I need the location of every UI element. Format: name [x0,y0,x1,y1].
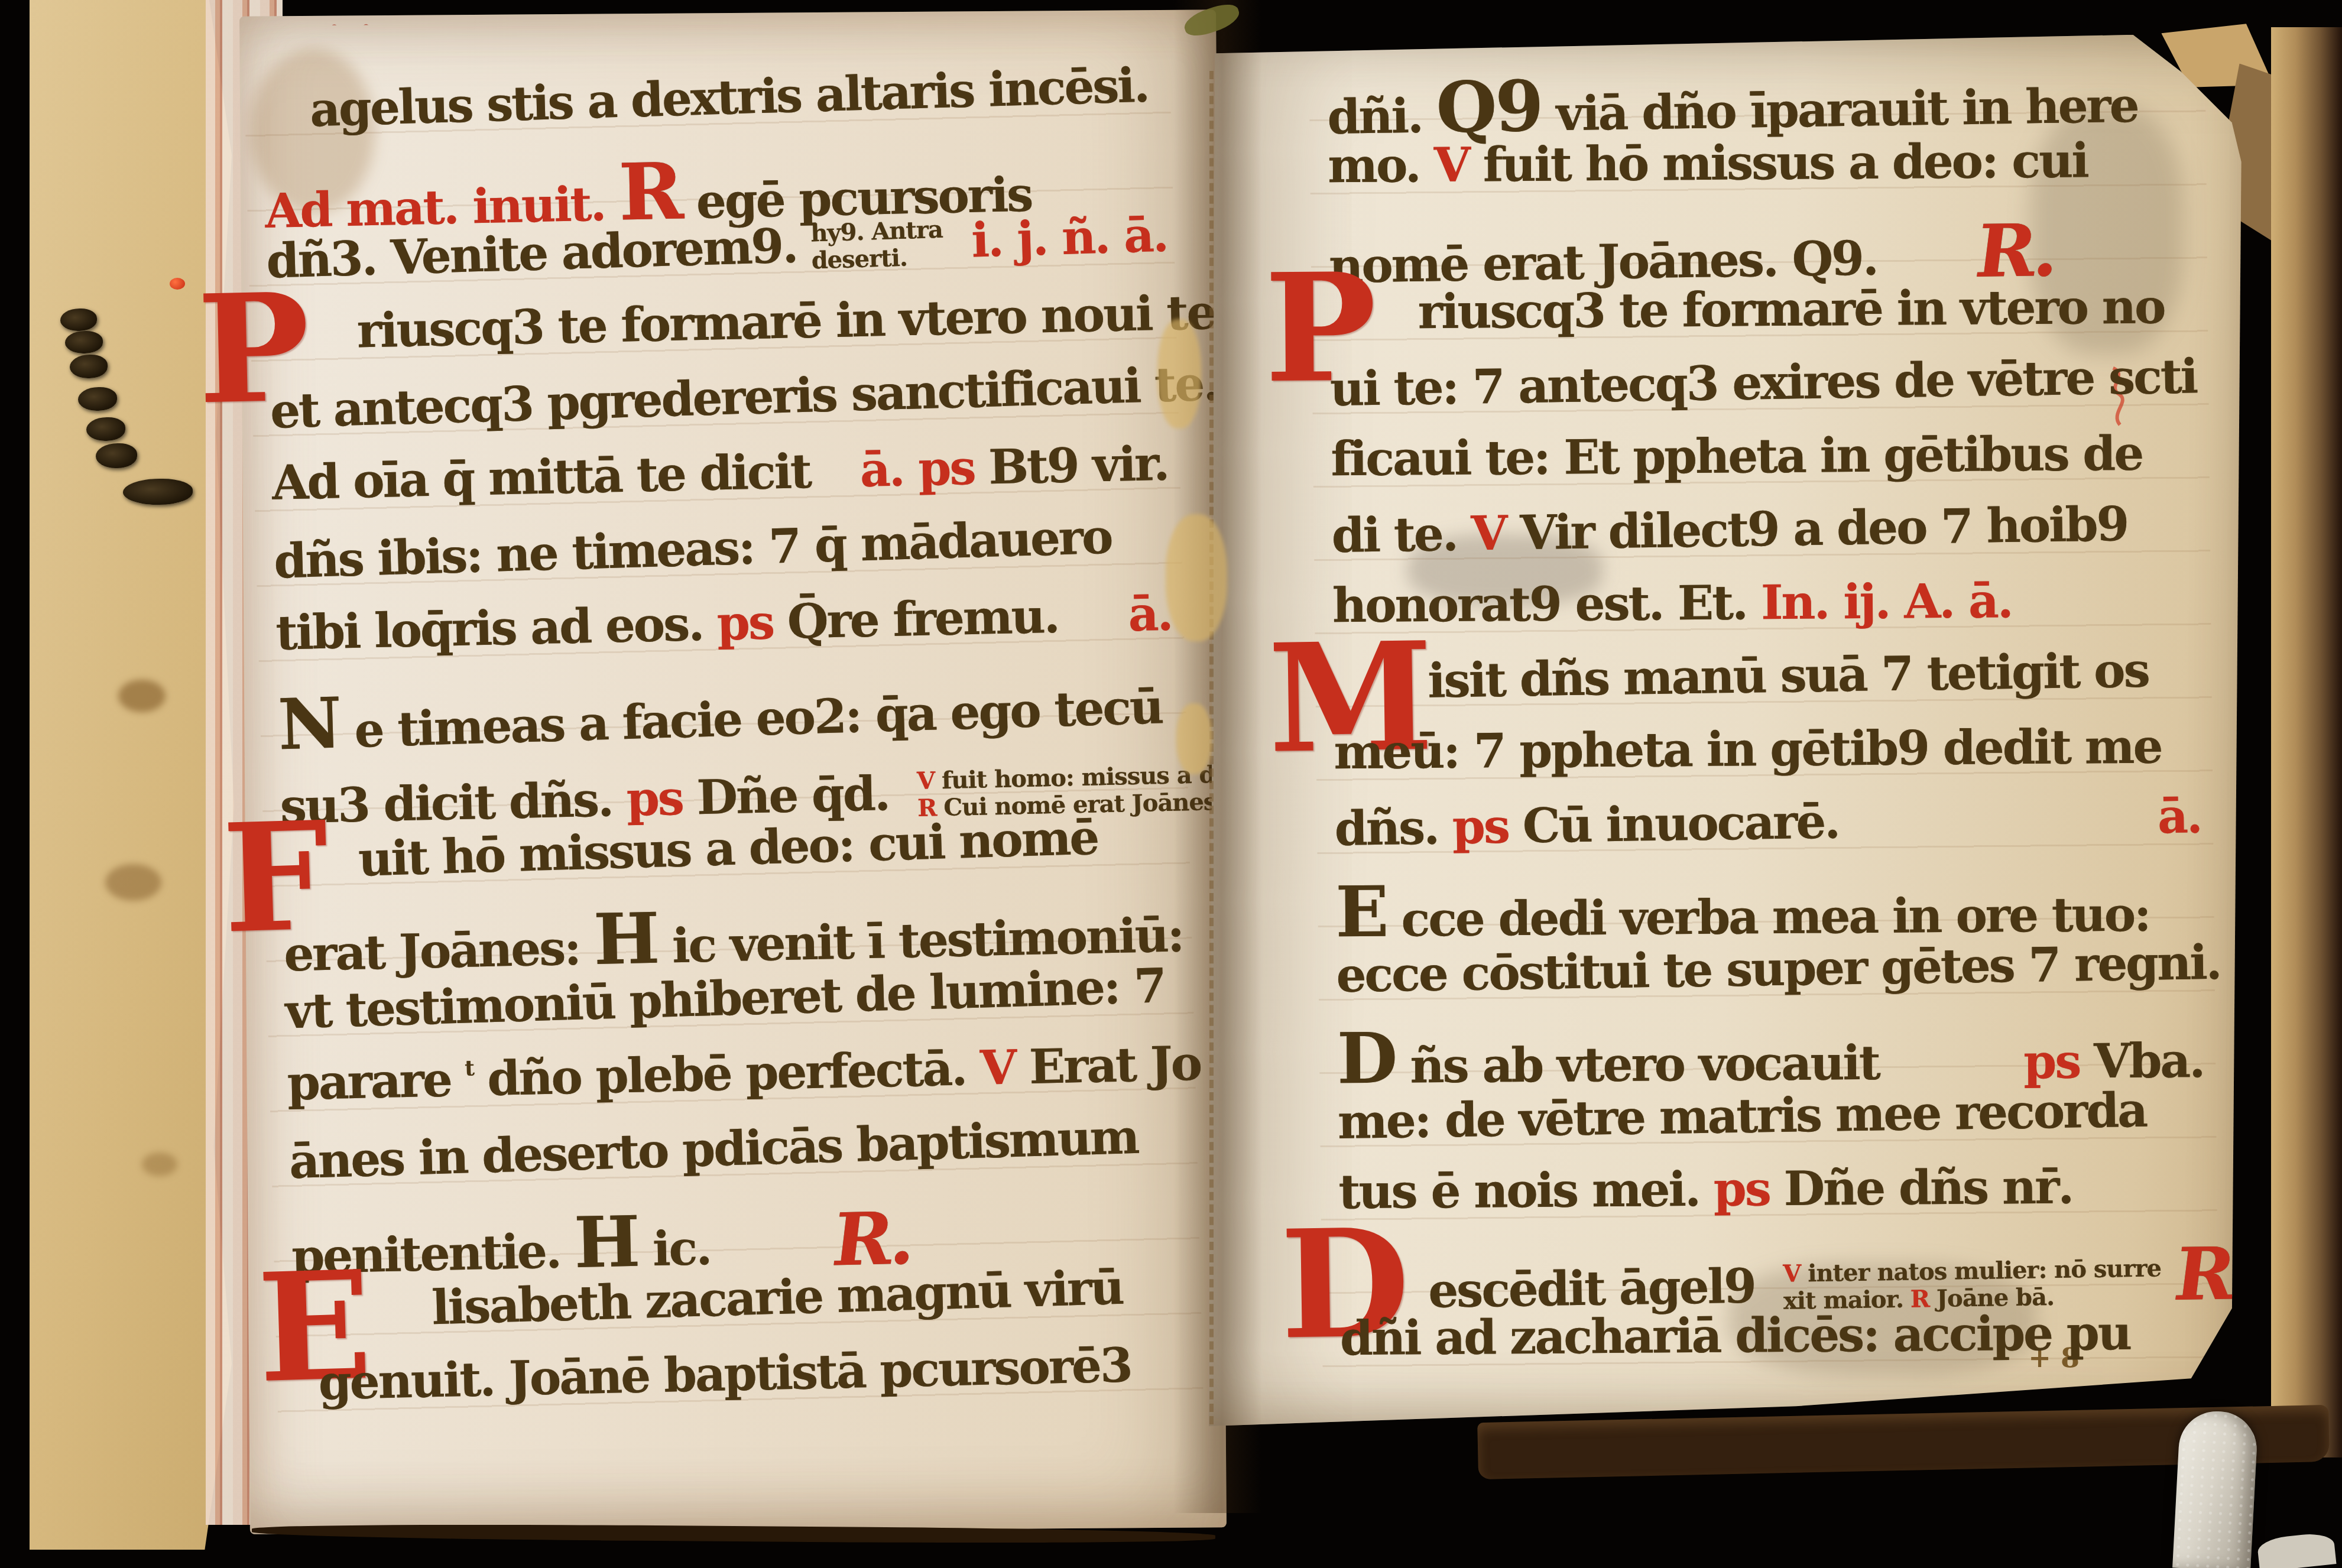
ink-text: tibi loq̄ris ad eos. [275,596,703,661]
rubric-text: V [1433,137,1469,193]
text-line: me: de vētre matris mee recorda [1337,1081,2205,1167]
glue-stain [1166,514,1227,641]
text-line: ui te: 7 antecq3 exires de vētre scti [1329,348,2197,434]
leather-tab[interactable] [60,309,97,331]
rubric-text: In. ij. A. ā. [1761,573,2012,630]
ink-text: fuit hō missus a deo: cui [1483,132,2087,192]
leather-tab[interactable] [96,443,137,468]
ink-text: ui te: 7 antecq3 exires de vētre scti [1329,348,2197,417]
ink-text: mo. [1328,137,1420,193]
ink-text: di te. [1331,506,1457,563]
left-text-column: agelus stis a dextris altaris incēsi.Ad … [262,59,1192,1432]
text-line: honorat9 est. Et.In. ij. A. ā. [1332,572,2200,651]
inline-capital: D [1337,1017,1396,1100]
ink-text: ñs ab vtero vocauit [1410,1035,1879,1094]
text-line: mo.Vfuit hō missus a deo: cui [1328,132,2195,211]
spacer [1892,273,1963,274]
ink-text: Cū inuocarē. [1522,793,1840,853]
superscript-letter: t [465,1056,473,1081]
spacer [1893,1078,2010,1079]
leather-tab[interactable] [123,479,193,505]
ink-text: riuscq3 te formarē in vtero no [1418,278,2165,339]
right-page[interactable]: 3 + 8 dñi.Q9viā dño īparauit in heremo.V… [1209,31,2282,1442]
spacer [725,1262,820,1264]
left-page[interactable]: ·.· agelus stis a dextris altaris incēsi… [239,9,1227,1534]
text-line: meū: 7 ppheta in gētib9 dedit me [1334,718,2201,797]
inline-capital: H [573,1200,640,1284]
ink-text: Bt9 vir. [988,436,1169,495]
ink-text: me: de vētre matris mee recorda [1337,1082,2146,1150]
ink-text: Vba. [2094,1033,2204,1089]
rubric-text: ps [716,594,774,651]
rubric-text: V [1783,1260,1801,1287]
right-page-edge-stack [2271,27,2342,1457]
rubric-text: ps [2023,1033,2080,1089]
ink-text: dño plebē perfectā. [486,1040,966,1106]
text-line: dñi.Q9viā dño īparauit in here [1326,55,2194,141]
spacer [1853,833,2143,837]
glue-stain [1176,703,1212,774]
rubric-text: i. j. ñ. ā. [971,207,1168,268]
ink-text: parare [287,1051,452,1111]
ink-text: viā dño īparauit in here [1556,77,2138,142]
ink-text: hy9. Antra [810,216,943,248]
parchment-stain [118,680,166,712]
inline-capital: N [277,681,342,765]
ink-text: agelus stis a dextris altaris incēsi. [309,57,1149,137]
ink-text: isit dñs manū suā 7 tetigit os [1428,642,2149,709]
ink-text: Vir dilect9 a deo 7 hoib9 [1520,496,2128,560]
text-line: tus ē nois mei.psDñe dñs nr̄. [1338,1158,2205,1237]
manuscript-photo: ·.· agelus stis a dextris altaris incēsi… [0,0,2342,1568]
interlinear-row: deserti. [811,244,944,275]
parchment-stain [142,1153,177,1176]
text-line: Misit dñs manū suā 7 tetigit os [1333,641,2201,728]
text-line: di te.VVir dilect9 a deo 7 hoib9 [1331,495,2199,581]
cropped-top-text: ·.· [328,7,505,25]
ink-text: Ad oīa q̄ mittā te dicit [271,443,811,511]
text-line: Ecce dedi verba mea in ore tuo: [1335,865,2202,944]
ink-text: erat Joānes: [283,920,580,982]
text-line: nomē erat Joānes. Q9.R. [1328,202,2196,288]
text-line: dñs.psCū inuocarē.ā. [1334,788,2202,874]
text-line: ecce cōstitui te super gētes 7 regni. [1336,934,2204,1021]
rubric-text: ā. [2157,788,2201,844]
ink-text: dñi ad zachariā dicēs: accipe pu [1340,1305,2131,1366]
bookmark-ribbon[interactable] [2172,1410,2259,1568]
text-line: Priuscq3 te formarē in vtero no [1329,278,2197,358]
text-line: Descēdit āgel9Vinter natos mulier: nō su… [1339,1228,2207,1314]
ink-text: deserti. [811,245,907,275]
leather-tab[interactable] [86,417,125,441]
right-text-column: dñi.Q9viā dño īparauit in heremo.Vfuit h… [1326,57,2207,1385]
text-line: dñi ad zachariā dicēs: accipe pu [1340,1304,2207,1384]
inline-capital: H [593,897,659,981]
ink-text: meū: 7 ppheta in gētib9 dedit me [1334,719,2161,780]
spacer [825,487,846,488]
ink-text: ficaui te: Et ppheta in gētibus de [1331,426,2142,487]
ink-text: dñi. [1327,88,1423,145]
interlinear-row: hy9. Antra [810,216,943,248]
glue-stain [1157,319,1201,428]
inline-capital: E [1335,871,1387,953]
red-wax-spot [170,278,185,290]
text-line: Dñs ab vtero vocauitpsVba. [1337,1011,2204,1090]
leather-tab[interactable] [78,387,117,411]
rubric-text: ps [1713,1161,1770,1217]
rubric-text: ps [626,770,683,827]
leather-tab[interactable] [70,355,108,378]
spacer [1073,631,1114,632]
rubric-text: V [979,1040,1016,1096]
bookmark-ribbon-fold[interactable] [2256,1531,2336,1568]
ink-text: ic. [652,1220,711,1277]
ink-text: Q̄re fremu. [787,588,1059,650]
ink-text: dñs. [1334,799,1438,856]
ink-text: Dñe dñs nr̄. [1783,1159,2072,1216]
text-line: ficaui te: Et ppheta in gētibus de [1331,425,2198,504]
rubric-text: V [917,767,935,795]
rubric-text: ps [1452,798,1509,855]
leather-tab[interactable] [65,331,103,353]
parchment-stain [105,864,161,901]
rubric-text: V [1471,505,1506,561]
interlinear-note: hy9. Antradeserti. [810,216,944,275]
rubric-text: ā. ps [859,440,975,498]
